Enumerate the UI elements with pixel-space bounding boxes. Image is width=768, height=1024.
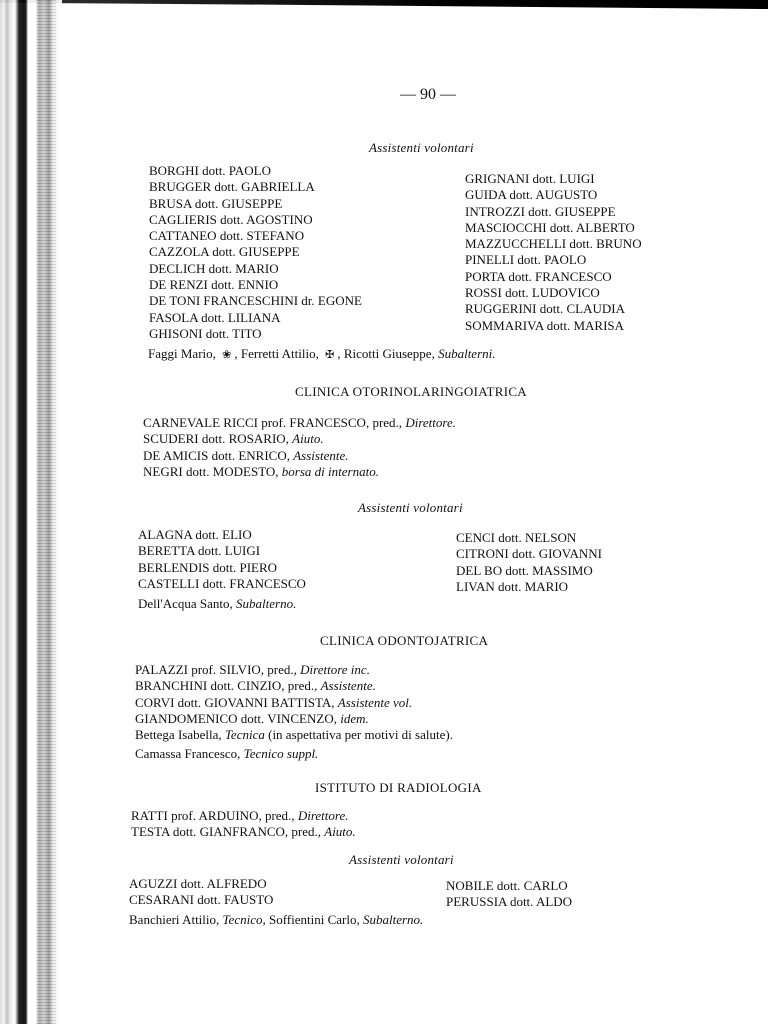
staff-name: Dell'Acqua Santo, [138,596,233,611]
list-item: PINELLI dott. PAOLO [465,252,642,268]
staff-name: , Ferretti Attilio, [234,346,319,361]
list-item: DECLICH dott. MARIO [149,261,362,277]
entry-name: NEGRI dott. MODESTO, [143,464,279,479]
entry-name: Camassa Francesco, [135,746,240,761]
entry-name: TESTA dott. GIANFRANCO, pred., [131,824,321,839]
list-item: ALAGNA dott. ELIO [138,527,306,543]
staff-role: Subalterno. [236,596,296,611]
entry-role: Aiuto. [324,824,355,839]
wreath-icon: ❀ [219,348,234,361]
list-item: INTROZZI dott. GIUSEPPE [465,204,642,220]
entry-role: idem. [340,711,369,726]
entry-role: borsa di internato. [282,464,379,479]
section-title-odonto: CLINICA ODONTOJATRICA [320,633,488,649]
section-title-radiologia: ISTITUTO DI RADIOLOGIA [315,780,482,796]
list-item: MASCIOCCHI dott. ALBERTO [465,220,642,236]
list-item: RATTI prof. ARDUINO, pred., Direttore. [131,808,356,824]
entry-name: GIANDOMENICO dott. VINCENZO, [135,711,337,726]
subheading-assistenti-volontari-1: Assistenti volontari [369,140,474,156]
entry-name: CARNEVALE RICCI prof. FRANCESCO, pred., [143,415,402,430]
list-item: BRANCHINI dott. CINZIO, pred., Assistent… [135,678,453,694]
list-item: CAGLIERIS dott. AGOSTINO [149,212,362,228]
subheading-assistenti-volontari-3: Assistenti volontari [349,852,454,868]
list-item: LIVAN dott. MARIO [456,579,602,595]
list-item: DE AMICIS dott. ENRICO, Assistente. [143,448,456,464]
entry-role: Assistente. [321,678,376,693]
entry-name: SCUDERI dott. ROSARIO, [143,431,289,446]
entry-role: Tecnica [225,727,265,742]
entry-name: CORVI dott. GIOVANNI BATTISTA, [135,695,335,710]
subalterno-line-2: Dell'Acqua Santo, Subalterno. [138,596,296,612]
list-item: TESTA dott. GIANFRANCO, pred., Aiuto. [131,824,356,840]
gutter-noise [36,0,56,1024]
list-item: BRUSA dott. GIUSEPPE [149,196,362,212]
entry-role: Direttore. [298,808,349,823]
entry-name: BRANCHINI dott. CINZIO, pred., [135,678,317,693]
list-item: GUIDA dott. AUGUSTO [465,187,642,203]
list-item: GRIGNANI dott. LUIGI [465,171,642,187]
volunteers-left-column-3: AGUZZI dott. ALFREDO CESARANI dott. FAUS… [129,876,273,909]
list-item: CORVI dott. GIOVANNI BATTISTA, Assistent… [135,695,453,711]
list-item: BORGHI dott. PAOLO [149,163,362,179]
cross-icon: ✠ [322,348,337,361]
list-item: CARNEVALE RICCI prof. FRANCESCO, pred., … [143,415,456,431]
staff-role: Tecnico, [223,912,266,927]
list-item: BRUGGER dott. GABRIELLA [149,179,362,195]
list-item: CESARANI dott. FAUSTO [129,892,273,908]
list-item: GIANDOMENICO dott. VINCENZO, idem. [135,711,453,727]
radiologia-staff-list: RATTI prof. ARDUINO, pred., Direttore. T… [131,808,356,841]
staff-name: Banchieri Attilio, [129,912,219,927]
otorino-staff-list: CARNEVALE RICCI prof. FRANCESCO, pred., … [143,415,456,480]
entry-role: Aiuto. [292,431,323,446]
list-item: AGUZZI dott. ALFREDO [129,876,273,892]
entry-role: Assistente. [293,448,348,463]
list-item: SOMMARIVA dott. MARISA [465,318,642,334]
entry-name: RATTI prof. ARDUINO, pred., [131,808,295,823]
list-item: PORTA dott. FRANCESCO [465,269,642,285]
list-item: PERUSSIA dott. ALDO [446,894,572,910]
list-item: ROSSI dott. LUDOVICO [465,285,642,301]
staff-line-radiologia: Banchieri Attilio, Tecnico, Soffientini … [129,912,423,928]
list-item: NEGRI dott. MODESTO, borsa di internato. [143,464,456,480]
entry-note: (in aspettativa per motivi di salute). [265,727,453,742]
staff-name: , Ricotti Giuseppe, [337,346,435,361]
staff-role: Subalterni. [438,346,495,361]
volunteers-right-column-1: GRIGNANI dott. LUIGI GUIDA dott. AUGUSTO… [465,171,642,334]
list-item: GHISONI dott. TITO [149,326,362,342]
entry-name: Bettega Isabella, [135,727,222,742]
volunteers-right-column-2: CENCI dott. NELSON CITRONI dott. GIOVANN… [456,530,602,595]
entry-role: Tecnico suppl. [244,746,319,761]
entry-role: Direttore inc. [300,662,370,677]
list-item: CASTELLI dott. FRANCESCO [138,576,306,592]
staff-name: Soffientini Carlo, [269,912,360,927]
volunteers-left-column-2: ALAGNA dott. ELIO BERETTA dott. LUIGI BE… [138,527,306,592]
odonto-staff-list: PALAZZI prof. SILVIO, pred., Direttore i… [135,662,453,763]
list-item: MAZZUCCHELLI dott. BRUNO [465,236,642,252]
volunteers-right-column-3: NOBILE dott. CARLO PERUSSIA dott. ALDO [446,878,572,911]
entry-role: Assistente vol. [338,695,412,710]
list-item: Camassa Francesco, Tecnico suppl. [135,746,453,762]
volunteers-left-column-1: BORGHI dott. PAOLO BRUGGER dott. GABRIEL… [149,163,362,342]
list-item: DE RENZI dott. ENNIO [149,277,362,293]
list-item: SCUDERI dott. ROSARIO, Aiuto. [143,431,456,447]
list-item: PALAZZI prof. SILVIO, pred., Direttore i… [135,662,453,678]
list-item: CENCI dott. NELSON [456,530,602,546]
list-item: BERLENDIS dott. PIERO [138,560,306,576]
page-number: — 90 — [0,86,768,104]
list-item: FASOLA dott. LILIANA [149,310,362,326]
list-item: Bettega Isabella, Tecnica (in aspettativ… [135,727,453,743]
section-title-otorino: CLINICA OTORINOLARINGOIATRICA [295,384,527,400]
list-item: CATTANEO dott. STEFANO [149,228,362,244]
list-item: RUGGERINI dott. CLAUDIA [465,301,642,317]
list-item: CAZZOLA dott. GIUSEPPE [149,244,362,260]
list-item: BERETTA dott. LUIGI [138,543,306,559]
subheading-assistenti-volontari-2: Assistenti volontari [358,500,463,516]
subalterni-line-1: Faggi Mario, ❀, Ferretti Attilio, ✠, Ric… [148,346,496,363]
entry-name: DE AMICIS dott. ENRICO, [143,448,290,463]
scan-top-edge [0,0,768,9]
staff-role: Subalterno. [363,912,423,927]
list-item: DE TONI FRANCESCHINI dr. EGONE [149,293,362,309]
staff-name: Faggi Mario, [148,346,216,361]
entry-role: Direttore. [405,415,456,430]
entry-name: PALAZZI prof. SILVIO, pred., [135,662,297,677]
list-item: NOBILE dott. CARLO [446,878,572,894]
list-item: CITRONI dott. GIOVANNI [456,546,602,562]
list-item: DEL BO dott. MASSIMO [456,563,602,579]
